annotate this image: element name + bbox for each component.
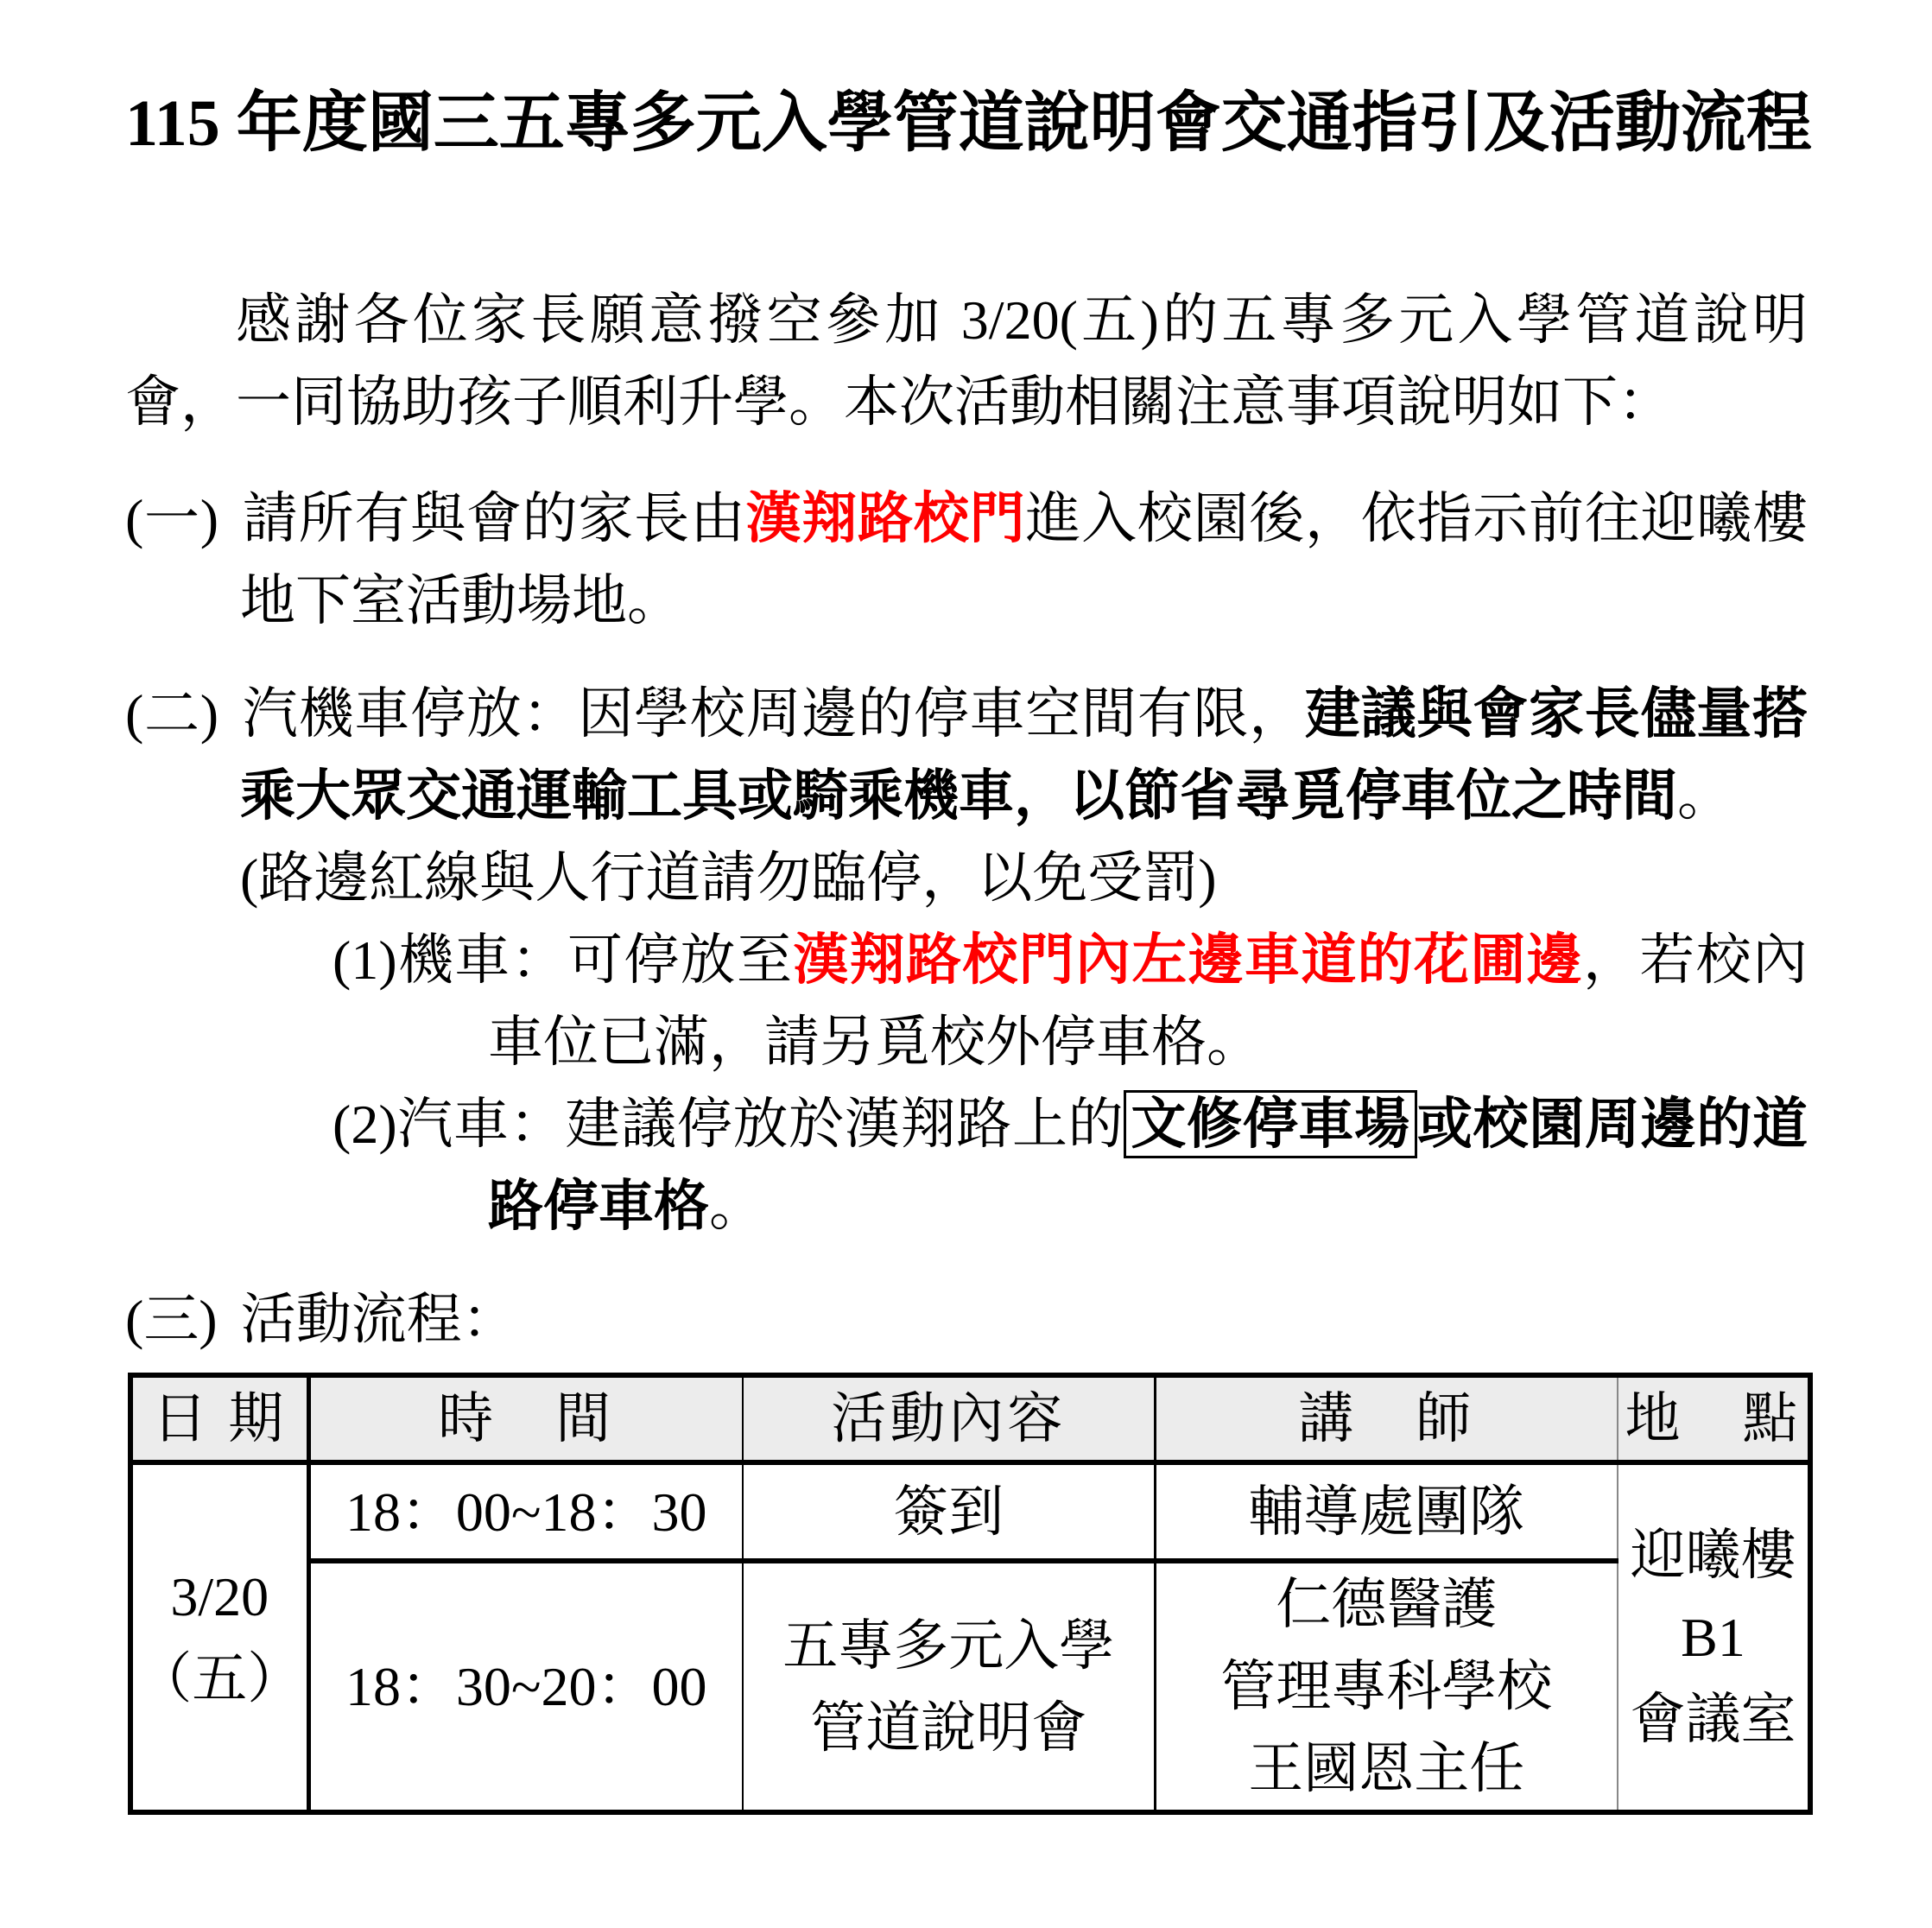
cell-activity-2: 五專多元入學 管道說明會 [743, 1561, 1155, 1812]
cell-time-1: 18：00~18：30 [308, 1462, 743, 1561]
cell-speaker-1: 輔導處團隊 [1155, 1462, 1618, 1561]
header-activity: 活動內容 [743, 1375, 1155, 1462]
cell-speaker-2: 仁德醫護 管理專科學校 王國恩主任 [1155, 1561, 1618, 1812]
subitem-1: (1)機車：可停放至漢翔路校門內左邊車道的花圃邊，若校內車位已滿，請另覓校外停車… [333, 919, 1808, 1083]
intro-paragraph: 感謝各位家長願意撥空參加 3/20(五)的五專多元入學管道說明會，一同協助孩子順… [125, 279, 1808, 443]
item-2-text: 汽機車停放：因學校周邊的停車空間有限， [242, 683, 1305, 745]
subitem-2-boxed-text: 文修停車場 [1124, 1090, 1416, 1158]
cell-date: 3/20 （五） [130, 1462, 308, 1812]
item-1-marker: (一) [125, 488, 219, 549]
item-1-text: 請所有與會的家長由 [242, 488, 745, 549]
subitem-1-marker: (1) [333, 929, 397, 991]
page-title: 115 年度國三五專多元入學管道說明會交通指引及活動流程 [125, 79, 1808, 168]
subitem-2-text: 汽車：建議停放於漢翔路上的 [397, 1094, 1124, 1155]
table-row: 18：30~20：00 五專多元入學 管道說明會 仁德醫護 管理專科學校 王國恩… [130, 1561, 1810, 1812]
subitem-2-period: 。 [709, 1176, 764, 1237]
cell-activity-1: 簽到 [743, 1462, 1155, 1561]
schedule-table: 日 期 時 間 活動內容 講 師 地 點 3/20 （五） 18：00~18：3… [128, 1373, 1813, 1815]
table-row: 3/20 （五） 18：00~18：30 簽到 輔導處團隊 迎曦樓 B1 會議室 [130, 1462, 1810, 1561]
document-page: 115 年度國三五專多元入學管道說明會交通指引及活動流程 感謝各位家長願意撥空參… [0, 0, 1932, 1815]
cell-time-2: 18：30~20：00 [308, 1561, 743, 1812]
schedule-header-row: 日 期 時 間 活動內容 講 師 地 點 [130, 1375, 1810, 1462]
subitem-2: (2)汽車：建議停放於漢翔路上的文修停車場或校園周邊的道路停車格。 [333, 1083, 1808, 1247]
item-2: (二)汽機車停放：因學校周邊的停車空間有限，建議與會家長儘量搭乘大眾交通運輸工具… [125, 673, 1808, 919]
subitem-1-red-highlight: 漢翔路校門內左邊車道的花圃邊 [793, 929, 1583, 991]
subitem-1-text: 機車：可停放至 [397, 929, 794, 991]
item-2-note: (路邊紅線與人行道請勿臨停，以免受罰) [240, 847, 1217, 909]
item-2-period: 。 [1677, 765, 1732, 827]
header-speaker: 講 師 [1155, 1375, 1618, 1462]
item-2-marker: (二) [125, 683, 219, 745]
item-1-red-highlight: 漢翔路校門 [746, 488, 1026, 549]
item-3-marker: (三) [125, 1289, 218, 1350]
header-location: 地 點 [1618, 1375, 1810, 1462]
item-3-text: 活動流程： [241, 1289, 517, 1350]
subitem-2-marker: (2) [333, 1094, 397, 1155]
item-1: (一)請所有與會的家長由漢翔路校門進入校園後，依指示前往迎曦樓地下室活動場地。 [125, 478, 1808, 642]
item-3: (三)活動流程： [125, 1278, 1808, 1360]
header-time: 時 間 [308, 1375, 743, 1462]
cell-location: 迎曦樓 B1 會議室 [1618, 1462, 1810, 1812]
header-date: 日 期 [130, 1375, 308, 1462]
